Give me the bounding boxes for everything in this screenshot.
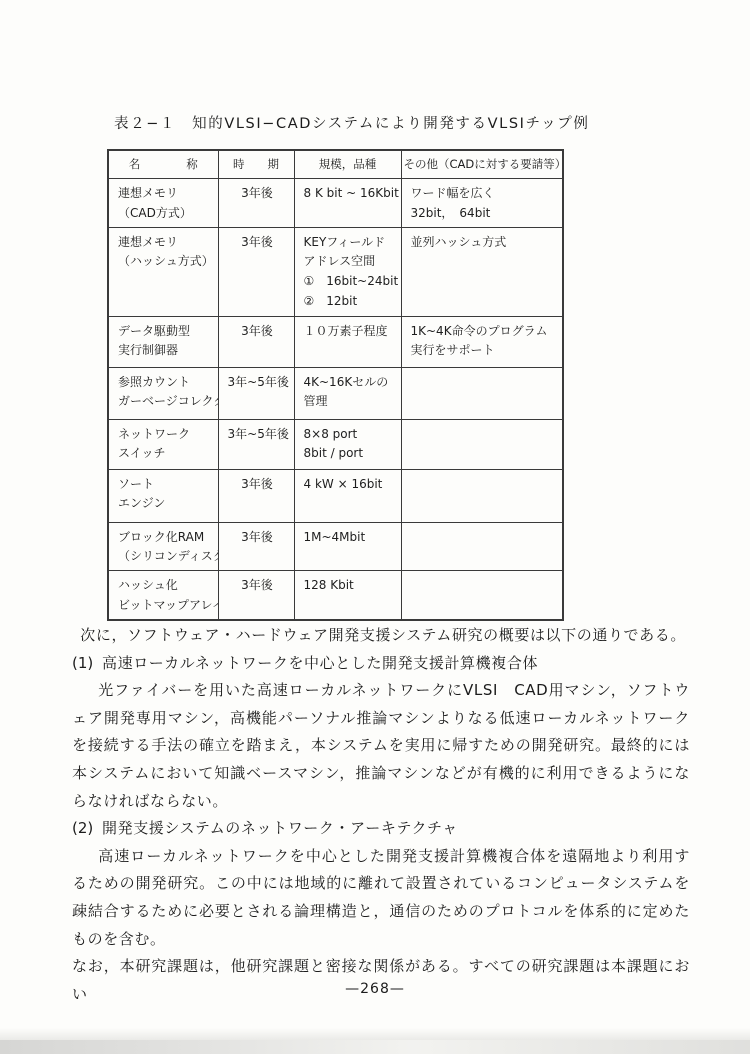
cell-scale: 8 K bit ~ 16Kbit [294, 178, 401, 227]
table-row: データ駆動型 実行制御器 3年後 １０万素子程度 1K~4K命令のプログラム 実… [108, 316, 563, 367]
cell-period: 3年後 [218, 469, 294, 522]
table-row: 連想メモリ （CAD方式） 3年後 8 K bit ~ 16Kbit ワード幅を… [108, 178, 563, 227]
page-number: —268— [0, 981, 750, 997]
table-row: ソート エンジン 3年後 4 kW × 16bit [108, 469, 563, 522]
table-header-row: 名 称 時 期 規模，品種 その他（CADに対する要請等） [108, 150, 563, 178]
item-1-title: 高速ローカルネットワークを中心とした開発支援計算機複合体 [102, 654, 538, 672]
cell-name: ネットワーク スイッチ [108, 419, 218, 469]
cell-period: 3年~5年後 [218, 419, 294, 469]
paragraph-item-1: 光ファイバーを用いた高速ローカルネットワークにVLSI CAD用マシン，ソフトウ… [72, 677, 690, 815]
table-row: ブロック化RAM （シリコンディスク） 3年後 1M~4Mbit [108, 522, 563, 571]
cell-name: 連想メモリ （CAD方式） [108, 178, 218, 227]
document-page: 表２−１ 知的VLSI−CADシステムにより開発するVLSIチップ例 名 称 時… [0, 0, 750, 1054]
cell-period: 3年後 [218, 178, 294, 227]
cell-name: 連想メモリ （ハッシュ方式） [108, 227, 218, 316]
scan-artifact [0, 1040, 750, 1054]
item-2-label: (2) [72, 815, 98, 843]
cell-other [401, 419, 563, 469]
cell-other: 並列ハッシュ方式 [401, 227, 563, 316]
col-header-period: 時 期 [218, 150, 294, 178]
cell-name: ハッシュ化 ビットマップアレイ [108, 571, 218, 620]
col-header-other: その他（CADに対する要請等） [401, 150, 563, 178]
cell-scale: 4K~16Kセルの 管理 [294, 367, 401, 419]
item-2-title: 開発支援システムのネットワーク・アーキテクチャ [102, 819, 458, 837]
col-header-name: 名 称 [108, 150, 218, 178]
cell-name: ソート エンジン [108, 469, 218, 522]
vlsi-chip-table: 名 称 時 期 規模，品種 その他（CADに対する要請等） 連想メモリ （CAD… [107, 149, 564, 621]
paragraph-intro: 次に，ソフトウェア・ハードウェア開発支援システム研究の概要は以下の通りである。 [72, 622, 690, 650]
cell-period: 3年~5年後 [218, 367, 294, 419]
list-item-2: (2)開発支援システムのネットワーク・アーキテクチャ [72, 815, 690, 843]
cell-scale: KEYフィールド アドレス空間 ① 16bit~24bit ② 12bit [294, 227, 401, 316]
col-header-scale: 規模，品種 [294, 150, 401, 178]
cell-other: ワード幅を広く 32bit， 64bit [401, 178, 563, 227]
cell-name: ブロック化RAM （シリコンディスク） [108, 522, 218, 571]
cell-period: 3年後 [218, 227, 294, 316]
table-row: 参照カウント ガーベージコレクタ 3年~5年後 4K~16Kセルの 管理 [108, 367, 563, 419]
cell-period: 3年後 [218, 571, 294, 620]
body-text: 次に，ソフトウェア・ハードウェア開発支援システム研究の概要は以下の通りである。 … [72, 622, 690, 1008]
table-row: ハッシュ化 ビットマップアレイ 3年後 128 Kbit [108, 571, 563, 620]
cell-period: 3年後 [218, 316, 294, 367]
table-caption: 表２−１ 知的VLSI−CADシステムにより開発するVLSIチップ例 [114, 112, 589, 133]
cell-scale: 4 kW × 16bit [294, 469, 401, 522]
item-1-label: (1) [72, 650, 98, 678]
cell-name: データ駆動型 実行制御器 [108, 316, 218, 367]
paragraph-item-2: 高速ローカルネットワークを中心とした開発支援計算機複合体を遠隔地より利用するため… [72, 843, 690, 953]
cell-scale: 1M~4Mbit [294, 522, 401, 571]
cell-period: 3年後 [218, 522, 294, 571]
cell-name: 参照カウント ガーベージコレクタ [108, 367, 218, 419]
cell-other [401, 522, 563, 571]
cell-other: 1K~4K命令のプログラム 実行をサポート [401, 316, 563, 367]
cell-scale: 8×8 port 8bit / port [294, 419, 401, 469]
cell-other [401, 469, 563, 522]
cell-scale: １０万素子程度 [294, 316, 401, 367]
table-row: 連想メモリ （ハッシュ方式） 3年後 KEYフィールド アドレス空間 ① 16b… [108, 227, 563, 316]
cell-scale: 128 Kbit [294, 571, 401, 620]
list-item-1: (1)高速ローカルネットワークを中心とした開発支援計算機複合体 [72, 650, 690, 678]
cell-other [401, 367, 563, 419]
table-row: ネットワーク スイッチ 3年~5年後 8×8 port 8bit / port [108, 419, 563, 469]
scan-artifact [0, 1028, 750, 1040]
cell-other [401, 571, 563, 620]
